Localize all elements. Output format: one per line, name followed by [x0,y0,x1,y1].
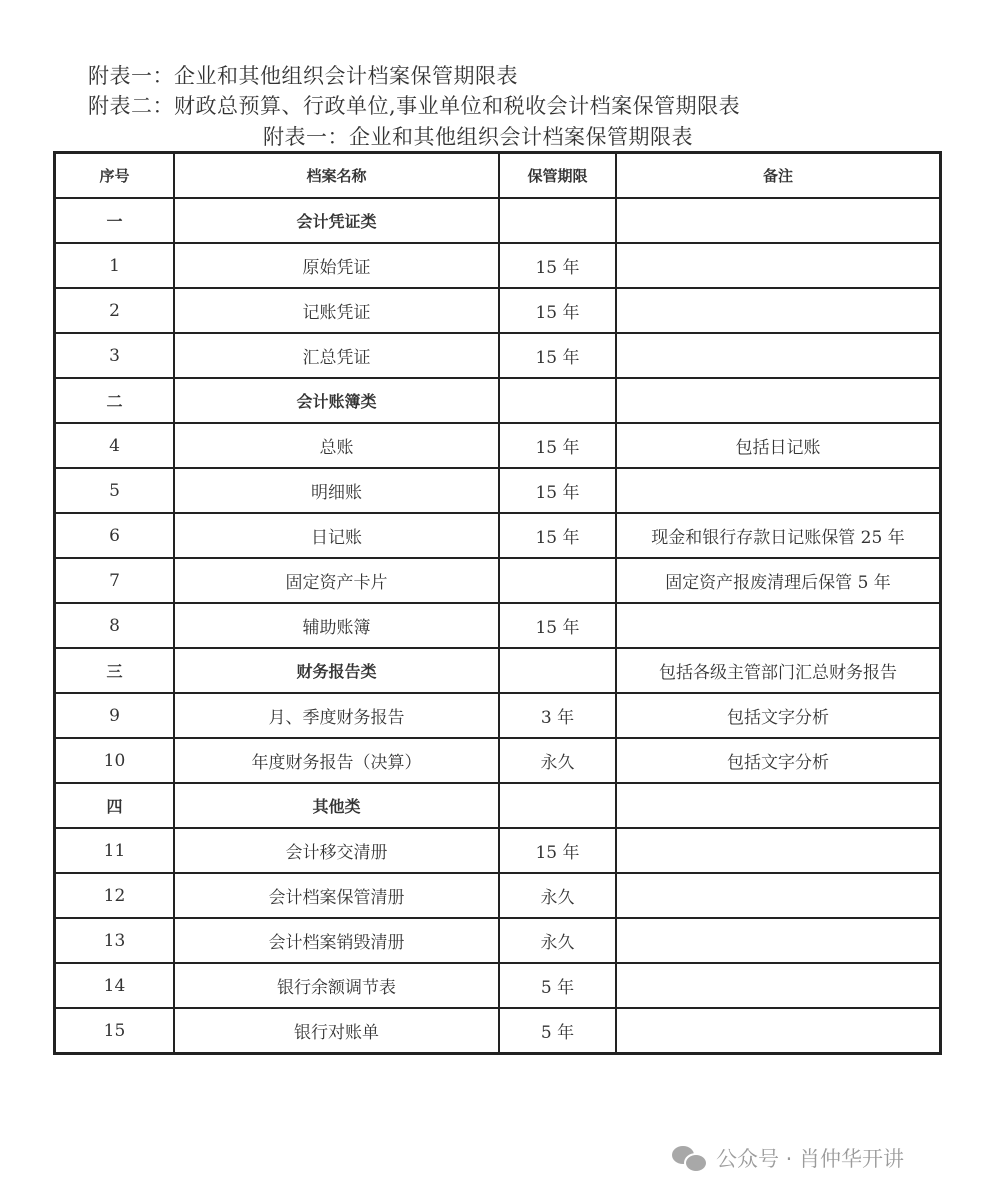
cell-period [499,783,616,828]
table-row: 15银行对账单5 年 [55,1008,941,1054]
table-header-row: 序号 档案名称 保管期限 备注 [55,153,941,199]
cell-name: 月、季度财务报告 [174,693,499,738]
cell-note: 包括各级主管部门汇总财务报告 [616,648,941,693]
table-row: 1原始凭证15 年 [55,243,941,288]
column-header-note: 备注 [616,153,941,199]
cell-no: 13 [55,918,175,963]
cell-name: 会计档案保管清册 [174,873,499,918]
cell-note [616,783,941,828]
cell-no: 1 [55,243,175,288]
cell-note: 现金和银行存款日记账保管 25 年 [616,513,941,558]
cell-period: 永久 [499,918,616,963]
cell-period: 15 年 [499,828,616,873]
cell-note: 包括文字分析 [616,738,941,783]
cell-name: 其他类 [174,783,499,828]
cell-period [499,198,616,243]
cell-note [616,828,941,873]
cell-note [616,468,941,513]
table-body: 一会计凭证类1原始凭证15 年2记账凭证15 年3汇总凭证15 年二会计账簿类4… [55,198,941,1054]
cell-no: 3 [55,333,175,378]
category-row: 三财务报告类包括各级主管部门汇总财务报告 [55,648,941,693]
column-header-no: 序号 [55,153,175,199]
heading-appendix-1: 附表一：企业和其他组织会计档案保管期限表 [88,60,518,90]
table-row: 5明细账15 年 [55,468,941,513]
cell-no: 5 [55,468,175,513]
cell-no: 6 [55,513,175,558]
cell-no: 9 [55,693,175,738]
cell-no: 10 [55,738,175,783]
cell-no: 14 [55,963,175,1008]
cell-no: 12 [55,873,175,918]
cell-name: 会计移交清册 [174,828,499,873]
table-row: 8辅助账簿15 年 [55,603,941,648]
cell-note [616,333,941,378]
cell-period: 15 年 [499,423,616,468]
cell-no: 2 [55,288,175,333]
cell-no: 一 [55,198,175,243]
cell-no: 四 [55,783,175,828]
table-title: 附表一：企业和其他组织会计档案保管期限表 [263,121,693,151]
heading-appendix-2: 附表二：财政总预算、行政单位,事业单位和税收会计档案保管期限表 [88,90,740,120]
table-row: 13会计档案销毁清册永久 [55,918,941,963]
cell-no: 11 [55,828,175,873]
cell-name: 汇总凭证 [174,333,499,378]
cell-name: 辅助账簿 [174,603,499,648]
table-row: 7固定资产卡片固定资产报废清理后保管 5 年 [55,558,941,603]
cell-period [499,558,616,603]
cell-note: 包括日记账 [616,423,941,468]
cell-period: 15 年 [499,288,616,333]
cell-period: 15 年 [499,243,616,288]
cell-period: 15 年 [499,468,616,513]
wechat-icon [672,1144,708,1172]
cell-note [616,288,941,333]
cell-note [616,918,941,963]
category-row: 一会计凭证类 [55,198,941,243]
cell-no: 三 [55,648,175,693]
cell-period [499,648,616,693]
cell-name: 会计凭证类 [174,198,499,243]
table-row: 2记账凭证15 年 [55,288,941,333]
cell-note [616,873,941,918]
cell-no: 7 [55,558,175,603]
table-row: 14银行余额调节表5 年 [55,963,941,1008]
cell-name: 总账 [174,423,499,468]
table-row: 11会计移交清册15 年 [55,828,941,873]
cell-period: 5 年 [499,963,616,1008]
cell-name: 会计档案销毁清册 [174,918,499,963]
cell-period: 5 年 [499,1008,616,1054]
cell-note [616,243,941,288]
category-row: 四其他类 [55,783,941,828]
cell-name: 银行对账单 [174,1008,499,1054]
footer-watermark: 公众号 · 肖仲华开讲 [672,1143,904,1173]
cell-period: 15 年 [499,603,616,648]
cell-period: 永久 [499,873,616,918]
cell-note [616,378,941,423]
table-row: 6日记账15 年现金和银行存款日记账保管 25 年 [55,513,941,558]
cell-period: 15 年 [499,513,616,558]
cell-no: 4 [55,423,175,468]
cell-note [616,1008,941,1054]
cell-no: 15 [55,1008,175,1054]
cell-period: 3 年 [499,693,616,738]
cell-no: 二 [55,378,175,423]
column-header-name: 档案名称 [174,153,499,199]
cell-name: 会计账簿类 [174,378,499,423]
footer-text: 公众号 · 肖仲华开讲 [716,1143,904,1173]
cell-name: 记账凭证 [174,288,499,333]
table-row: 10年度财务报告（决算）永久包括文字分析 [55,738,941,783]
cell-name: 银行余额调节表 [174,963,499,1008]
retention-table: 序号 档案名称 保管期限 备注 一会计凭证类1原始凭证15 年2记账凭证15 年… [53,151,942,1055]
cell-name: 原始凭证 [174,243,499,288]
cell-period [499,378,616,423]
table-row: 12会计档案保管清册永久 [55,873,941,918]
cell-name: 日记账 [174,513,499,558]
table-row: 9月、季度财务报告3 年包括文字分析 [55,693,941,738]
table-row: 4总账15 年包括日记账 [55,423,941,468]
cell-note [616,963,941,1008]
cell-name: 年度财务报告（决算） [174,738,499,783]
table-row: 3汇总凭证15 年 [55,333,941,378]
cell-note [616,603,941,648]
cell-name: 固定资产卡片 [174,558,499,603]
cell-note [616,198,941,243]
category-row: 二会计账簿类 [55,378,941,423]
cell-no: 8 [55,603,175,648]
cell-period: 永久 [499,738,616,783]
cell-note: 固定资产报废清理后保管 5 年 [616,558,941,603]
cell-period: 15 年 [499,333,616,378]
cell-name: 明细账 [174,468,499,513]
column-header-period: 保管期限 [499,153,616,199]
cell-name: 财务报告类 [174,648,499,693]
cell-note: 包括文字分析 [616,693,941,738]
